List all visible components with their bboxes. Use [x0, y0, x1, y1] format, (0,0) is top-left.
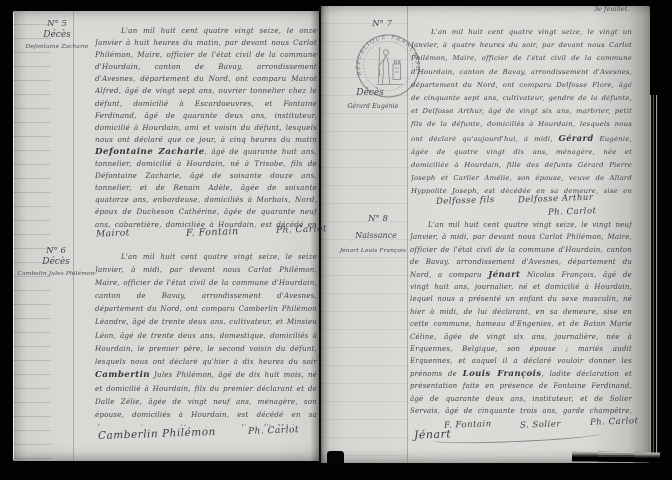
- entry-person-name: Jénart Louis François: [330, 248, 416, 254]
- entry-act-type: Décès: [348, 88, 392, 98]
- newborn-given-names: Louis François: [463, 369, 542, 379]
- entry-number: N° 5: [18, 19, 96, 29]
- act-body-entry-6: L'an mil huit cent quatre vingt seize, l…: [95, 250, 317, 426]
- newborn-father-name: Jénart: [488, 270, 520, 280]
- bottom-corner-page-edges: [572, 451, 660, 462]
- entry-person-name: Gérard Eugénie: [330, 103, 416, 110]
- stamp-allegory-figure: [377, 47, 403, 85]
- act-body-entry-7: L'an mil huit cent quatre vingt seize, l…: [411, 26, 632, 199]
- entry-act-type: Décès: [18, 30, 96, 40]
- entry-act-type: Naissance: [344, 231, 408, 240]
- margin-note-entry-6: N° 6 Décès Cambelin Jules Philémon: [14, 246, 98, 277]
- act-text: L'an mil huit cent quatre vingt seize, l…: [95, 26, 317, 144]
- margin-rule-left-page: [73, 11, 74, 461]
- entry-act-type: Décès: [14, 257, 98, 267]
- deceased-name: Defontaine Zacharie: [95, 147, 205, 157]
- act-text: Nicolas François, âgé de vingt huit ans,…: [410, 271, 632, 378]
- act-text: L'an mil huit cent quatre vingt seize, l…: [95, 252, 317, 366]
- act-text: Eugénie, âgée de quatre vingt dix ans, m…: [411, 135, 632, 199]
- act-text: , âgé de quarante huit ans, tonnelier, d…: [95, 147, 317, 231]
- margin-note-entry-5: N° 5 Décès Defontaine Zacharie: [18, 19, 96, 50]
- entry-person-name: Cambelin Jules Philémon: [14, 271, 98, 277]
- signature: Delfosse fils: [436, 195, 495, 207]
- entry-person-name: Defontaine Zacharie: [18, 44, 96, 50]
- act-text: L'an mil huit cent quatre vingt seize, l…: [411, 28, 632, 143]
- scanned-register-spread: { "corner_note": "3e feuillet.", "colors…: [0, 0, 672, 480]
- deceased-name: Gérard: [559, 133, 594, 143]
- act-body-entry-5: L'an mil huit cent quatre vingt seize, l…: [95, 25, 317, 231]
- folio-number-note: 3e feuillet.: [594, 5, 666, 13]
- stacked-pages-edge: [650, 95, 658, 461]
- deceased-name: Cambertin: [95, 370, 150, 380]
- entry-number: N° 6: [14, 246, 98, 256]
- entry-number: N° 7: [360, 19, 404, 29]
- signature: Ph. Carlot: [590, 416, 639, 428]
- binding-notch: [327, 451, 344, 464]
- signature: Ph. Carlot: [276, 224, 327, 236]
- stamp-inner-ring: [364, 42, 413, 91]
- stamp-arc-text-left: RÉPUBLIQUE: [355, 35, 387, 77]
- signature: Ph. Carlot: [248, 425, 299, 437]
- signature: F. Fontain: [186, 226, 239, 239]
- signature: Ph. Carlot: [548, 206, 597, 218]
- entry-number: N° 8: [356, 214, 400, 224]
- signature: Mairot: [96, 228, 130, 239]
- act-body-entry-8: L'an mil huit cent quatre vingt seize, l…: [410, 219, 632, 418]
